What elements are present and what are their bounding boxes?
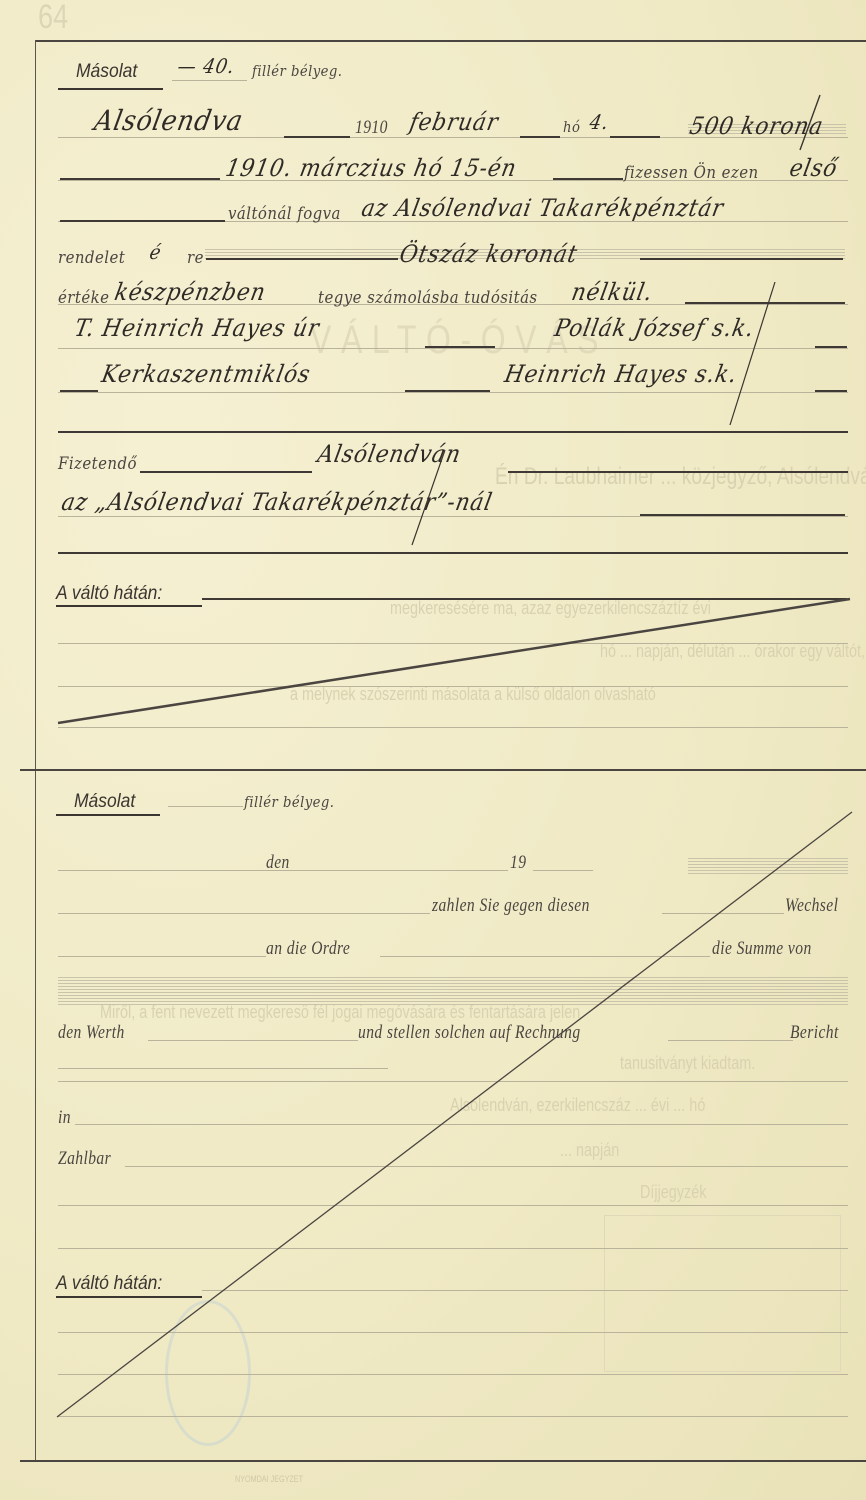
cancellation-lines [0, 0, 866, 1500]
cancel-stroke-bottom [57, 812, 852, 1417]
cancel-stroke-top [58, 599, 850, 723]
